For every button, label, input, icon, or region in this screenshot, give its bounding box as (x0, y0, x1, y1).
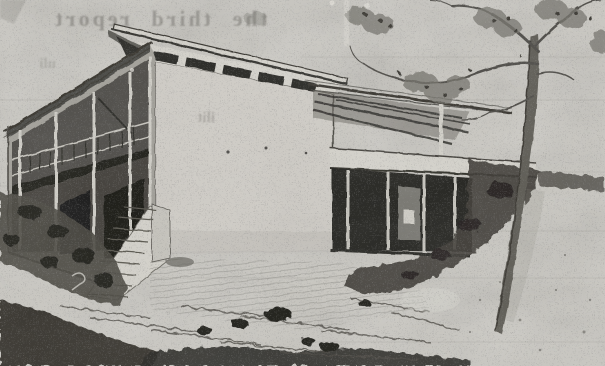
architectural-rendering-scan: the third report uli (0, 0, 605, 366)
scanned-newspaper-image: the third report uli (0, 0, 605, 366)
tone-unevenness (0, 0, 605, 366)
